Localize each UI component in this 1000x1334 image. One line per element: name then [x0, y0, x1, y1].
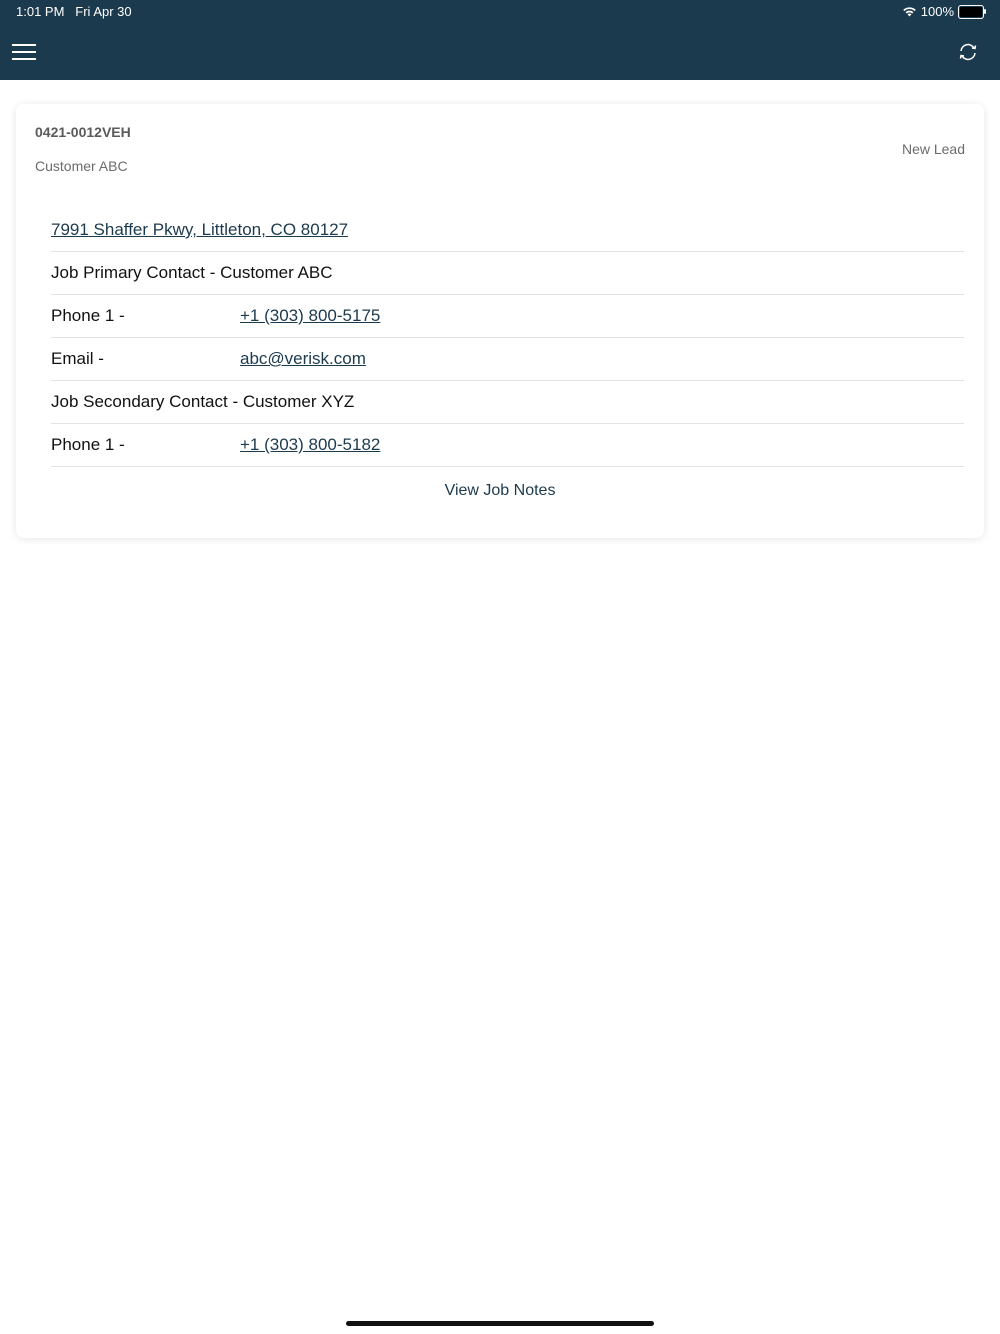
address-row: 7991 Shaffer Pkwy, Littleton, CO 80127 [51, 209, 964, 252]
primary-contact-text: Job Primary Contact - Customer ABC [51, 263, 333, 283]
phone-label: Phone 1 - [51, 435, 240, 455]
status-bar-right: 100% [902, 4, 984, 19]
time-text: 1:01 PM [16, 4, 64, 19]
primary-email-row: Email - abc@verisk.com [51, 338, 964, 381]
secondary-phone-row: Phone 1 - +1 (303) 800-5182 [51, 424, 964, 467]
email-label: Email - [51, 349, 240, 369]
secondary-contact-row: Job Secondary Contact - Customer XYZ [51, 381, 964, 424]
secondary-phone-link[interactable]: +1 (303) 800-5182 [240, 435, 380, 455]
status-bar-time: 1:01 PM Fri Apr 30 [16, 4, 132, 19]
job-id: 0421-0012VEH [35, 124, 131, 140]
refresh-icon[interactable] [958, 42, 978, 62]
primary-email-link[interactable]: abc@verisk.com [240, 349, 366, 369]
secondary-contact-text: Job Secondary Contact - Customer XYZ [51, 392, 354, 412]
battery-icon [958, 5, 984, 19]
wifi-icon [902, 6, 917, 17]
address-link[interactable]: 7991 Shaffer Pkwy, Littleton, CO 80127 [51, 220, 348, 240]
job-card: 0421-0012VEH Customer ABC New Lead 7991 … [16, 104, 984, 538]
customer-name: Customer ABC [35, 158, 128, 174]
app-header: 1:01 PM Fri Apr 30 100% [0, 0, 1000, 80]
primary-phone-row: Phone 1 - +1 (303) 800-5175 [51, 295, 964, 338]
phone-label: Phone 1 - [51, 306, 240, 326]
battery-percent: 100% [921, 4, 954, 19]
contact-details: 7991 Shaffer Pkwy, Littleton, CO 80127 J… [51, 209, 964, 467]
hamburger-menu-icon[interactable] [12, 44, 36, 60]
primary-contact-row: Job Primary Contact - Customer ABC [51, 252, 964, 295]
view-job-notes-button[interactable]: View Job Notes [16, 482, 984, 500]
date-text: Fri Apr 30 [75, 4, 131, 19]
job-status: New Lead [902, 141, 965, 157]
primary-phone-link[interactable]: +1 (303) 800-5175 [240, 306, 380, 326]
home-indicator [346, 1321, 654, 1326]
